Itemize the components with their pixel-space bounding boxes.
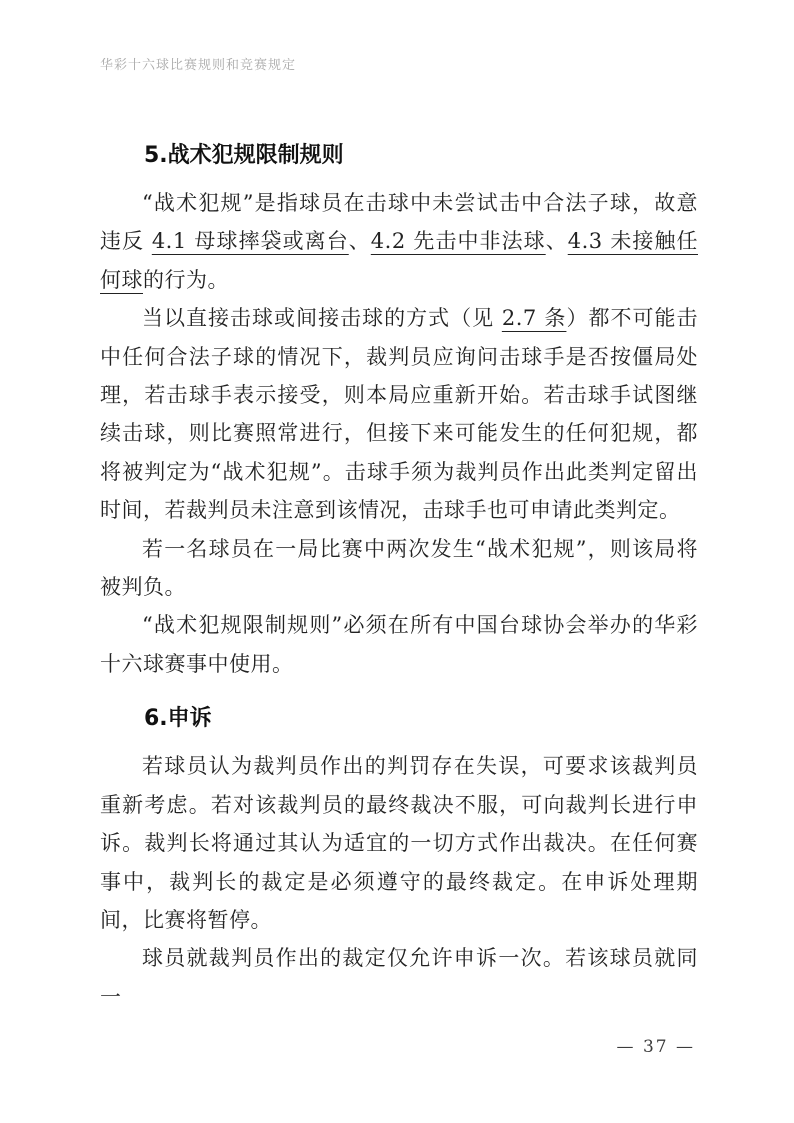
text-run: 球员就裁判员作出的裁定仅允许申诉一次。若该球员就同一 bbox=[100, 946, 698, 1008]
section-heading-6: 6.申诉 bbox=[100, 704, 698, 734]
paragraph: “战术犯规限制规则”必须在所有中国台球协会举办的华彩十六球赛事中使用。 bbox=[100, 606, 698, 683]
running-header: 华彩十六球比赛规则和竞赛规定 bbox=[100, 54, 296, 73]
rule-reference: 4.2 先击中非法球 bbox=[371, 229, 546, 253]
page-number: — 37 — bbox=[617, 1037, 695, 1057]
paragraph: 当以直接击球或间接击球的方式（见 2.7 条）都不可能击中任何合法子球的情况下，… bbox=[100, 299, 698, 529]
paragraph: 若一名球员在一局比赛中两次发生“战术犯规”，则该局将被判负。 bbox=[100, 530, 698, 607]
text-run: “战术犯规限制规则”必须在所有中国台球协会举办的华彩十六球赛事中使用。 bbox=[100, 613, 698, 675]
paragraph: 若球员认为裁判员作出的判罚存在失误，可要求该裁判员重新考虑。若对该裁判员的最终裁… bbox=[100, 747, 698, 939]
rule-reference: 4.1 母球摔袋或离台 bbox=[152, 229, 349, 253]
paragraph: “战术犯规”是指球员在击球中未尝试击中合法子球，故意违反 4.1 母球摔袋或离台… bbox=[100, 184, 698, 299]
text-run: 当以直接击球或间接击球的方式（见 bbox=[142, 306, 502, 330]
text-run: 若一名球员在一局比赛中两次发生“战术犯规”，则该局将被判负。 bbox=[100, 537, 698, 599]
text-run: 、 bbox=[546, 229, 568, 253]
text-run: 若球员认为裁判员作出的判罚存在失误，可要求该裁判员重新考虑。若对该裁判员的最终裁… bbox=[100, 754, 698, 932]
paragraph: 球员就裁判员作出的裁定仅允许申诉一次。若该球员就同一 bbox=[100, 939, 698, 1016]
document-page: { "header": { "title": "华彩十六球比赛规则和竞赛规定" … bbox=[0, 0, 794, 1123]
rule-reference: 2.7 条 bbox=[502, 306, 567, 330]
text-run: 、 bbox=[349, 229, 371, 253]
section-heading-5: 5.战术犯规限制规则 bbox=[100, 141, 698, 171]
text-run: ）都不可能击中任何合法子球的情况下，裁判员应询问击球手是否按僵局处理，若击球手表… bbox=[100, 306, 698, 522]
document-body: 5.战术犯规限制规则“战术犯规”是指球员在击球中未尝试击中合法子球，故意违反 4… bbox=[100, 141, 698, 1016]
text-run: 的行为。 bbox=[143, 268, 229, 292]
